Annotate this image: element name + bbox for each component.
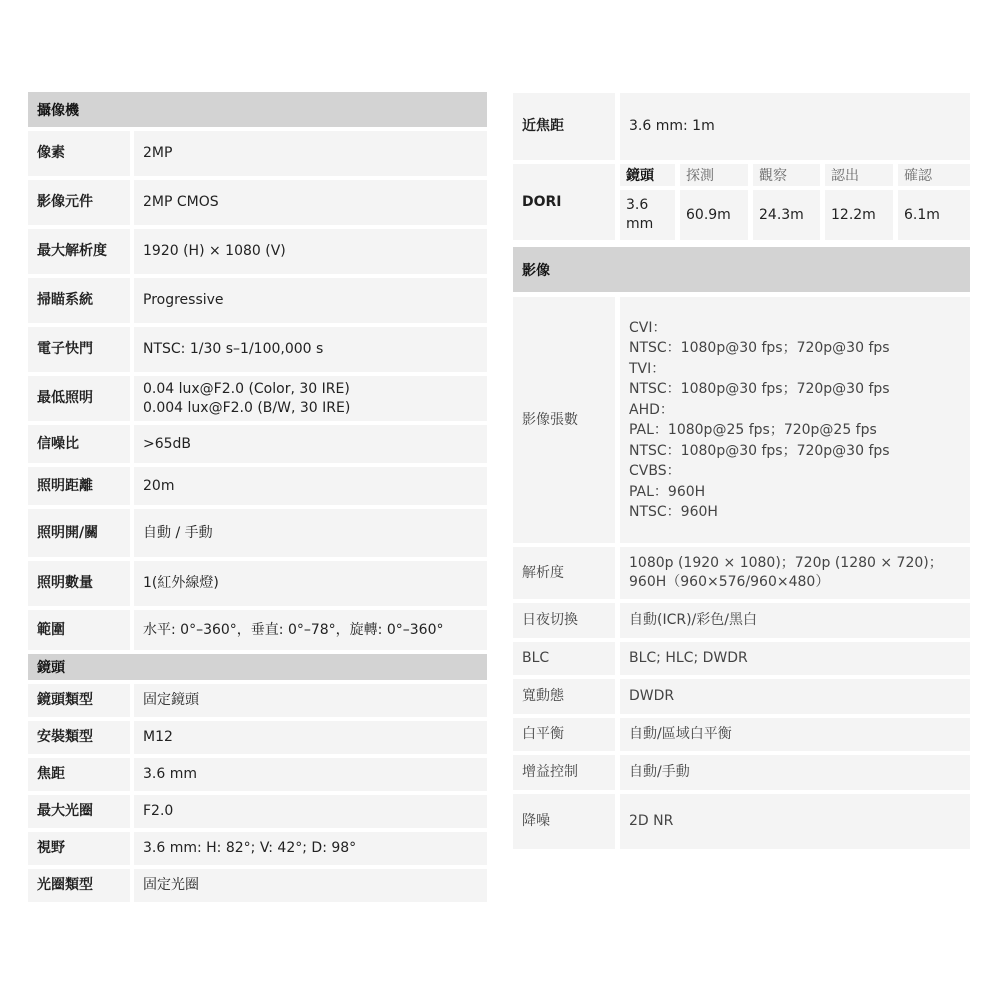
image-spec-table: 影像張數 CVI： NTSC：1080p@30 fps；720p@30 fps … [513, 297, 970, 849]
spec-label: 範圍 [28, 610, 130, 650]
dori-header-observe: 觀察 [753, 164, 820, 186]
spec-row-white-balance: 白平衡 自動/區域白平衡 [513, 718, 970, 751]
spec-value: 3.6 mm [134, 758, 487, 791]
spec-value: 固定光圈 [134, 869, 487, 902]
spec-row-iris-type: 光圈類型 固定光圈 [28, 869, 487, 902]
spec-row-pixels: 像素 2MP [28, 131, 487, 176]
spec-label: 近焦距 [513, 93, 615, 160]
spec-value-line: AHD： [629, 400, 674, 421]
dori-header-lens: 鏡頭 [620, 164, 675, 186]
dori-value-recognize: 12.2m [825, 190, 893, 240]
spec-row-resolution: 解析度 1080p (1920 × 1080)；720p (1280 × 720… [513, 547, 970, 599]
spec-label: 焦距 [28, 758, 130, 791]
spec-label: 電子快門 [28, 327, 130, 372]
left-spec-panel: 攝像機 像素 2MP 影像元件 2MP CMOS 最大解析度 1920 (H) … [28, 92, 487, 902]
spec-row-snr: 信噪比 >65dB [28, 425, 487, 463]
spec-label: 寬動態 [513, 679, 615, 714]
spec-value-line: 960H（960×576/960×480） [629, 573, 829, 592]
dori-value-lens: 3.6 mm [620, 190, 675, 240]
lens-spec-table: 鏡頭類型 固定鏡頭 安裝類型 M12 焦距 3.6 mm 最大光圈 F2.0 視… [28, 684, 487, 902]
spec-value-line: NTSC：1080p@30 fps；720p@30 fps [629, 441, 890, 462]
spec-row-max-aperture: 最大光圈 F2.0 [28, 795, 487, 828]
spec-row-day-night: 日夜切換 自動(ICR)/彩色/黑白 [513, 603, 970, 638]
spec-value-line: CVBS： [629, 461, 681, 482]
spec-label: BLC [513, 642, 615, 675]
spec-row-range: 範圍 水平: 0°–360°，垂直: 0°–78°，旋轉: 0°–360° [28, 610, 487, 650]
spec-row-ir-distance: 照明距離 20m [28, 467, 487, 505]
spec-label: 信噪比 [28, 425, 130, 463]
spec-label: 日夜切換 [513, 603, 615, 638]
spec-value: 自動/手動 [620, 755, 970, 790]
spec-value-line: PAL：960H [629, 482, 705, 503]
spec-value: 0.04 lux@F2.0 (Color, 30 IRE) 0.004 lux@… [134, 376, 487, 421]
spec-row-close-focus: 近焦距 3.6 mm: 1m [513, 93, 970, 160]
spec-row-ir-count: 照明數量 1(紅外線燈) [28, 561, 487, 606]
spec-value: Progressive [134, 278, 487, 323]
spec-value: 1920 (H) × 1080 (V) [134, 229, 487, 274]
spec-row-min-illumination: 最低照明 0.04 lux@F2.0 (Color, 30 IRE) 0.004… [28, 376, 487, 421]
spec-value: 2MP [134, 131, 487, 176]
spec-value-line: NTSC：1080p@30 fps；720p@30 fps [629, 379, 890, 400]
spec-value: NTSC: 1/30 s–1/100,000 s [134, 327, 487, 372]
dori-row: DORI 鏡頭 探測 觀察 認出 確認 3.6 mm 60.9m 24.3m 1… [513, 164, 970, 240]
spec-value: 1080p (1920 × 1080)；720p (1280 × 720)； 9… [620, 547, 970, 599]
spec-label: 照明距離 [28, 467, 130, 505]
spec-value-line: 0.004 lux@F2.0 (B/W, 30 IRE) [143, 399, 350, 418]
spec-label: 影像張數 [513, 297, 615, 543]
section-header-lens: 鏡頭 [28, 654, 487, 680]
spec-value: 自動/區域白平衡 [620, 718, 970, 751]
spec-value-line: NTSC：960H [629, 502, 718, 523]
spec-row-noise-reduction: 降噪 2D NR [513, 794, 970, 849]
spec-row-gain-control: 增益控制 自動/手動 [513, 755, 970, 790]
spec-label: 掃瞄系統 [28, 278, 130, 323]
spec-row-ir-onoff: 照明開/關 自動 / 手動 [28, 509, 487, 557]
spec-label: 解析度 [513, 547, 615, 599]
spec-value: DWDR [620, 679, 970, 714]
dori-header-identify: 確認 [898, 164, 970, 186]
spec-label: 白平衡 [513, 718, 615, 751]
dori-value-identify: 6.1m [898, 190, 970, 240]
dori-header-detect: 探測 [680, 164, 748, 186]
spec-value: 水平: 0°–360°，垂直: 0°–78°，旋轉: 0°–360° [134, 610, 487, 650]
section-header-image: 影像 [513, 247, 970, 292]
spec-value: 自動 / 手動 [134, 509, 487, 557]
spec-label: 光圈類型 [28, 869, 130, 902]
dori-header-recognize: 認出 [825, 164, 893, 186]
spec-value: 1(紅外線燈) [134, 561, 487, 606]
dori-value-observe: 24.3m [753, 190, 820, 240]
spec-label: 鏡頭類型 [28, 684, 130, 717]
spec-value: 3.6 mm: 1m [620, 93, 970, 160]
spec-row-lens-type: 鏡頭類型 固定鏡頭 [28, 684, 487, 717]
dori-value-detect: 60.9m [680, 190, 748, 240]
spec-value-line: 1080p (1920 × 1080)；720p (1280 × 720)； [629, 554, 943, 573]
spec-label: 視野 [28, 832, 130, 865]
spec-label: 增益控制 [513, 755, 615, 790]
spec-value-line: CVI： [629, 318, 666, 339]
spec-value-line: PAL：1080p@25 fps；720p@25 fps [629, 420, 877, 441]
spec-value: 3.6 mm: H: 82°; V: 42°; D: 98° [134, 832, 487, 865]
camera-spec-table: 像素 2MP 影像元件 2MP CMOS 最大解析度 1920 (H) × 10… [28, 131, 487, 650]
spec-value: 20m [134, 467, 487, 505]
spec-value: BLC; HLC; DWDR [620, 642, 970, 675]
spec-row-frame-rate: 影像張數 CVI： NTSC：1080p@30 fps；720p@30 fps … [513, 297, 970, 543]
spec-row-mount-type: 安裝類型 M12 [28, 721, 487, 754]
spec-label: 影像元件 [28, 180, 130, 225]
spec-label: 最大解析度 [28, 229, 130, 274]
spec-row-focal-length: 焦距 3.6 mm [28, 758, 487, 791]
spec-value: M12 [134, 721, 487, 754]
spec-value-line: TVI： [629, 359, 665, 380]
dori-label: DORI [513, 164, 615, 240]
spec-row-field-of-view: 視野 3.6 mm: H: 82°; V: 42°; D: 98° [28, 832, 487, 865]
spec-value: 自動(ICR)/彩色/黑白 [620, 603, 970, 638]
spec-row-wdr: 寬動態 DWDR [513, 679, 970, 714]
spec-label: 降噪 [513, 794, 615, 849]
spec-row-max-resolution: 最大解析度 1920 (H) × 1080 (V) [28, 229, 487, 274]
dori-header-row: 鏡頭 探測 觀察 認出 確認 [620, 164, 970, 186]
spec-label: 最低照明 [28, 376, 130, 421]
dori-value-row: 3.6 mm 60.9m 24.3m 12.2m 6.1m [620, 190, 970, 240]
spec-label: 照明開/關 [28, 509, 130, 557]
spec-label: 像素 [28, 131, 130, 176]
spec-label: 安裝類型 [28, 721, 130, 754]
spec-value: 2MP CMOS [134, 180, 487, 225]
dori-table: 鏡頭 探測 觀察 認出 確認 3.6 mm 60.9m 24.3m 12.2m … [620, 164, 970, 240]
spec-value: 2D NR [620, 794, 970, 849]
spec-value-line: 0.04 lux@F2.0 (Color, 30 IRE) [143, 380, 350, 399]
spec-value: >65dB [134, 425, 487, 463]
spec-value: CVI： NTSC：1080p@30 fps；720p@30 fps TVI： … [620, 297, 970, 543]
spec-row-scan-system: 掃瞄系統 Progressive [28, 278, 487, 323]
spec-row-blc: BLC BLC; HLC; DWDR [513, 642, 970, 675]
spec-label: 最大光圈 [28, 795, 130, 828]
spec-value: F2.0 [134, 795, 487, 828]
spec-row-shutter: 電子快門 NTSC: 1/30 s–1/100,000 s [28, 327, 487, 372]
spec-label: 照明數量 [28, 561, 130, 606]
spec-row-sensor: 影像元件 2MP CMOS [28, 180, 487, 225]
right-spec-panel: 近焦距 3.6 mm: 1m DORI 鏡頭 探測 觀察 認出 確認 3.6 m… [513, 93, 970, 849]
section-header-camera: 攝像機 [28, 92, 487, 127]
spec-value: 固定鏡頭 [134, 684, 487, 717]
spec-value-line: NTSC：1080p@30 fps；720p@30 fps [629, 338, 890, 359]
